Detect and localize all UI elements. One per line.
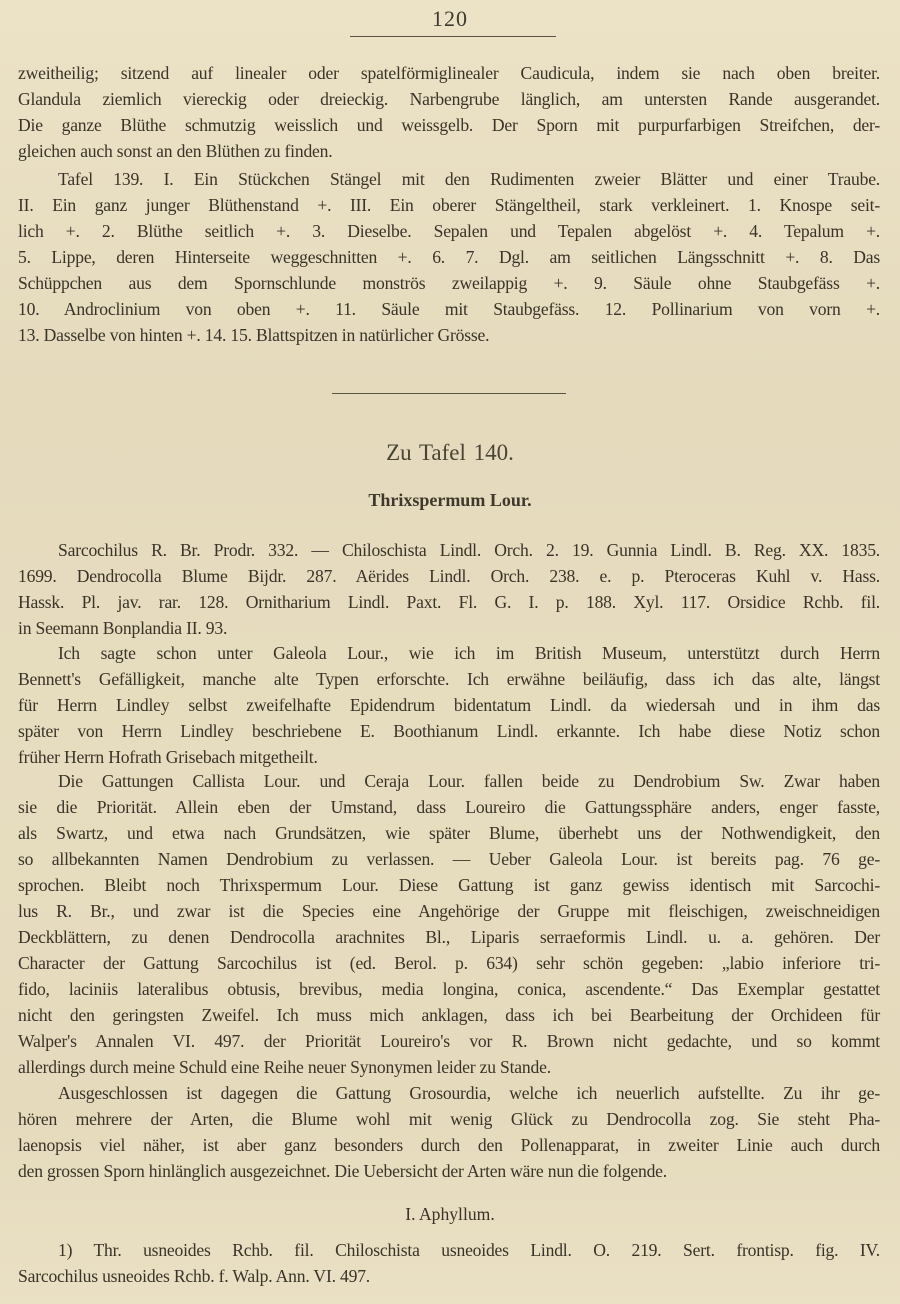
text-line: Tafel 139. I. Ein Stückchen Stängel mit … <box>18 166 880 192</box>
text-line: 5. Lippe, deren Hinterseite weggeschnitt… <box>18 244 880 270</box>
text-line: Walper's Annalen VI. 497. der Priorität … <box>18 1028 880 1054</box>
text-line: hören mehrere der Arten, die Blume wohl … <box>18 1106 880 1132</box>
text-line: in Seemann Bonplandia II. 93. <box>18 615 880 641</box>
text-line: später von Herrn Lindley beschriebene E.… <box>18 718 880 744</box>
text-line: Hassk. Pl. jav. rar. 128. Ornitharium Li… <box>18 589 880 615</box>
text-line: Schüppchen aus dem Spornschlunde monströ… <box>18 270 880 296</box>
text-line: Character der Gattung Sarcochilus ist (e… <box>18 950 880 976</box>
text-line: Die ganze Blüthe schmutzig weisslich und… <box>18 112 880 138</box>
text-line: 1) Thr. usneoides Rchb. fil. Chiloschist… <box>18 1237 880 1263</box>
section-divider <box>332 393 566 394</box>
text-line: 13. Dasselbe von hinten +. 14. 15. Blatt… <box>18 322 880 348</box>
text-line: früher Herrn Hofrath Grisebach mitgethei… <box>18 744 880 770</box>
text-line: so allbekannten Namen Dendrobium zu verl… <box>18 846 880 872</box>
paragraph-gattungen: Die Gattungen Callista Lour. und Ceraja … <box>18 768 880 1080</box>
text-line: 10. Androclinium von oben +. 11. Säule m… <box>18 296 880 322</box>
subsection-heading: I. Aphyllum. <box>0 1204 900 1225</box>
text-line: laenopsis viel näher, ist aber ganz beso… <box>18 1132 880 1158</box>
genus-heading: Thrixspermum Lour. <box>0 490 900 511</box>
document-page: 120 zweitheilig; sitzend auf linealer od… <box>0 0 900 1304</box>
synonymy-paragraph: Sarcochilus R. Br. Prodr. 332. — Chilosc… <box>18 537 880 641</box>
paragraph-british-museum: Ich sagte schon unter Galeola Lour., wie… <box>18 640 880 770</box>
text-line: Sarcochilus R. Br. Prodr. 332. — Chilosc… <box>18 537 880 563</box>
text-line: gleichen auch sonst an den Blüthen zu fi… <box>18 138 880 164</box>
plate-139-caption: Tafel 139. I. Ein Stückchen Stängel mit … <box>18 166 880 348</box>
text-line: fido, laciniis lateralibus obtusis, brev… <box>18 976 880 1002</box>
text-line: Ich sagte schon unter Galeola Lour., wie… <box>18 640 880 666</box>
section-heading: Zu Tafel 140. <box>0 440 900 466</box>
header-rule <box>350 36 556 37</box>
text-line: Die Gattungen Callista Lour. und Ceraja … <box>18 768 880 794</box>
text-line: Sarcochilus usneoides Rchb. f. Walp. Ann… <box>18 1263 880 1289</box>
paragraph-grosourdia: Ausgeschlossen ist dagegen die Gattung G… <box>18 1080 880 1184</box>
text-line: für Herrn Lindley selbst zweifelhafte Ep… <box>18 692 880 718</box>
species-entry: 1) Thr. usneoides Rchb. fil. Chiloschist… <box>18 1237 880 1289</box>
text-line: sie die Priorität. Allein eben der Umsta… <box>18 794 880 820</box>
text-line: lus R. Br., und zwar ist die Species ein… <box>18 898 880 924</box>
paragraph-intro: zweitheilig; sitzend auf linealer oder s… <box>18 60 880 164</box>
page-number: 120 <box>0 6 900 32</box>
text-line: lich +. 2. Blüthe seitlich +. 3. Dieselb… <box>18 218 880 244</box>
text-line: 1699. Dendrocolla Blume Bijdr. 287. Aëri… <box>18 563 880 589</box>
text-line: Deckblättern, zu denen Dendrocolla arach… <box>18 924 880 950</box>
text-line: den grossen Sporn hinlänglich ausgezeich… <box>18 1158 880 1184</box>
text-line: II. Ein ganz junger Blüthenstand +. III.… <box>18 192 880 218</box>
text-line: zweitheilig; sitzend auf linealer oder s… <box>18 60 880 86</box>
text-line: allerdings durch meine Schuld eine Reihe… <box>18 1054 880 1080</box>
text-line: Glandula ziemlich viereckig oder dreieck… <box>18 86 880 112</box>
text-line: nicht den geringsten Zweifel. Ich muss m… <box>18 1002 880 1028</box>
text-line: Bennett's Gefälligkeit, manche alte Type… <box>18 666 880 692</box>
text-line: als Swartz, und etwa nach Grundsätzen, w… <box>18 820 880 846</box>
text-line: sprochen. Bleibt noch Thrixspermum Lour.… <box>18 872 880 898</box>
text-line: Ausgeschlossen ist dagegen die Gattung G… <box>18 1080 880 1106</box>
